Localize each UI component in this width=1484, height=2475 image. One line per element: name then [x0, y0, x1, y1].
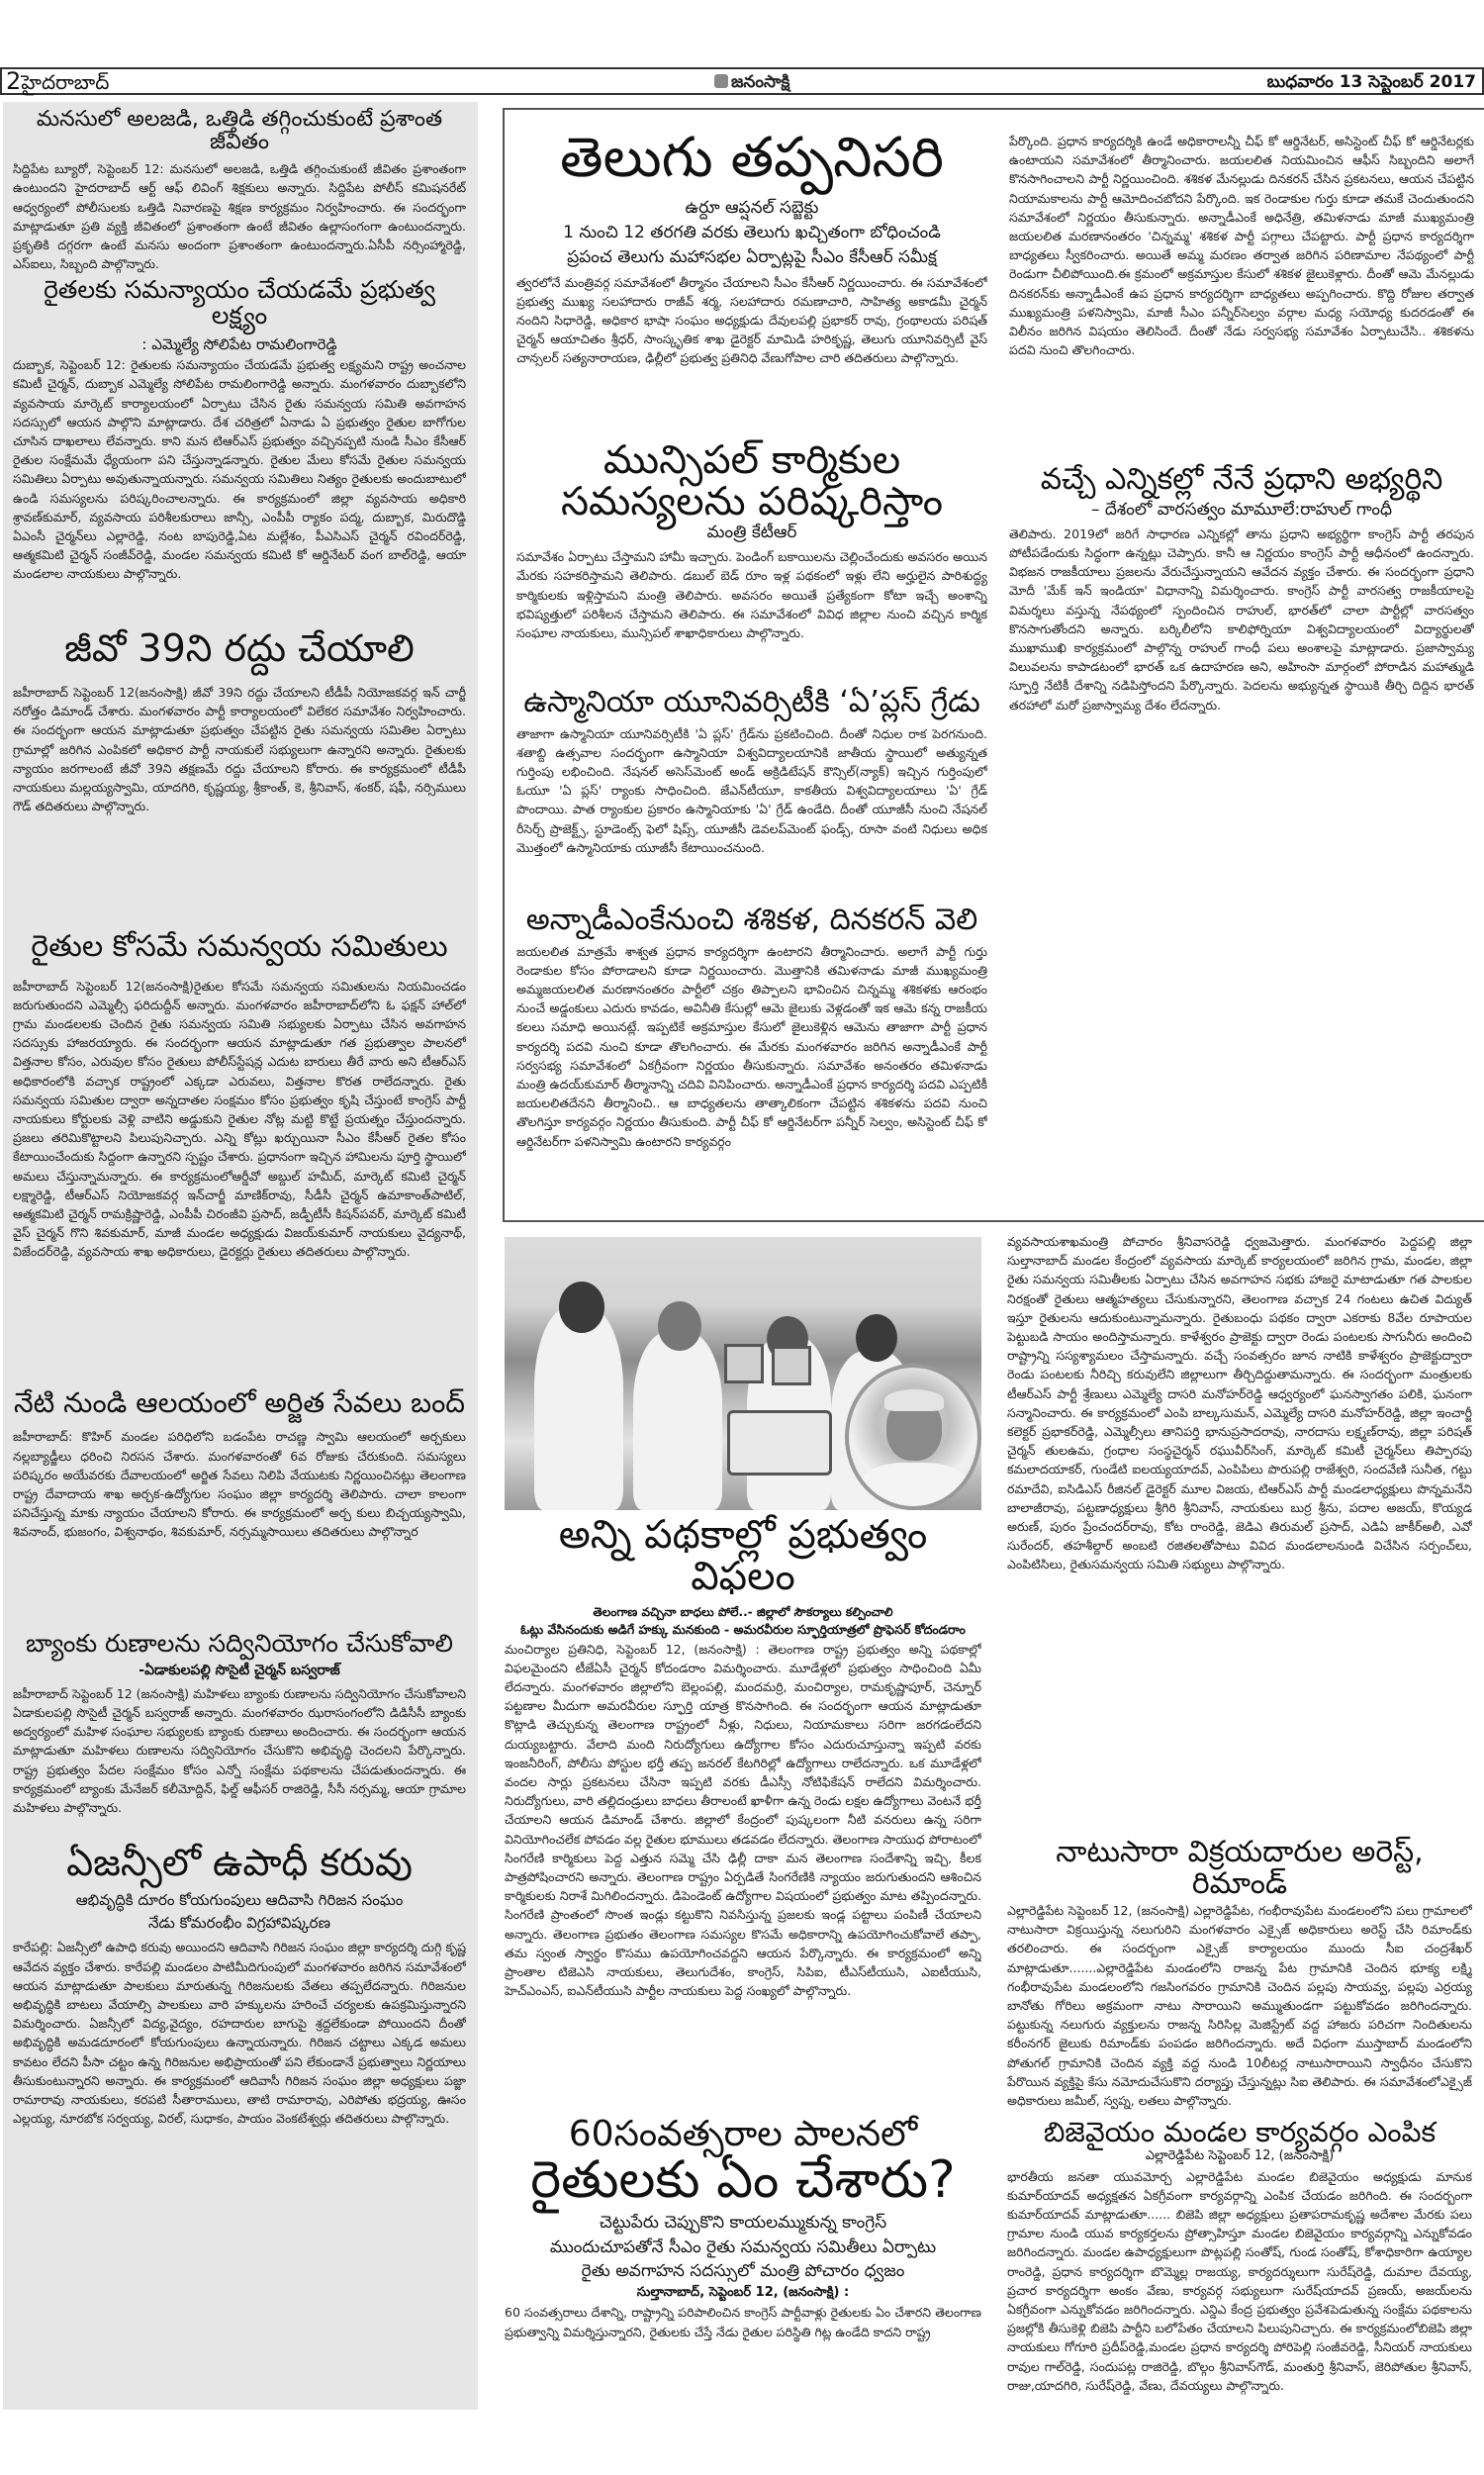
article-headline: జీవో 39ని రద్దు చేయాలి — [13, 629, 466, 669]
photo-figure — [633, 1331, 722, 1510]
photo-figure-head — [559, 1282, 604, 1333]
issue-date: బుధవారం 13 సెప్టెంబర్ 2017 — [1267, 71, 1476, 93]
newspaper-masthead: జనంసాక్షి — [714, 71, 789, 93]
left-column: మనసులో అలజడి, ఒత్తిడి తగ్గించుకుంటే ప్రశ… — [3, 102, 478, 2410]
page-edition-label: 2హైదరాబాద్ — [6, 69, 109, 94]
article-bank-loans: బ్యాంకు రుణాలను సద్వినియోగం చేసుకోవాలి -… — [13, 1631, 466, 1818]
article-body: సిద్దిపేట బ్యూరో, సెప్టెంబర్ 12: మనసులో … — [13, 159, 466, 294]
story-headline-line1: మున్సిపల్ కార్మికుల — [516, 439, 987, 481]
story-body: తాజాగా ఉస్మానియా యూనివర్సిటీకి 'ఏ ప్లస్'… — [516, 724, 987, 897]
article-body: జహీరాబాద్: కొహిర్ మండల పరిధిలోని బడంపేట … — [13, 1427, 466, 1617]
article-subhead: -ఏడాకులపల్లి సొసైటీ చైర్మన్ బస్వరాజ్ — [13, 1663, 466, 1680]
top-news-box: తెలుగు తప్పనిసరి ఉర్దూ ఆప్షనల్ సబ్జెక్టు… — [503, 108, 1484, 1222]
article-calm-life: మనసులో అలజడి, ఒత్తిడి తగ్గించుకుంటే ప్రశ… — [13, 108, 466, 294]
story-subhead-3: రైతు అవగాహన సదస్సులో మంత్రి పోచారం ధ్వజం — [505, 2261, 981, 2282]
story-body: భారతీయ జనతా యువమోర్చ ఎల్లారెడ్డిపేట మండల… — [1007, 2167, 1472, 2415]
story-headline: బిజెవైయం మండల కార్యవర్గం ఎంపిక — [1007, 2118, 1472, 2146]
article-body: కారేపల్లి: ఏజన్సీలో ఉపాధి కరువు అయిందని … — [13, 1938, 466, 2405]
story-aiadmk-continued: పేర్కొంది. ప్రధాన కార్యదర్శికి ఉండే అధిక… — [1009, 132, 1474, 419]
story-osmania-grade: ఉస్మానియా యూనివర్సిటీకి ‘ఏ’ప్లస్ గ్రేడు … — [516, 687, 987, 897]
story-headline: నాటుసారా విక్రయదారుల అరెస్ట్, రిమాండ్ — [1007, 1837, 1472, 1899]
inset-portrait — [845, 1364, 981, 1510]
lead-body: త్వరలోనే మంత్రివర్గ సమావేశంలో తీర్మానం చ… — [516, 273, 987, 388]
story-body: సమావేశం ఏర్పాటు చేస్తామని హామీ ఇచ్చారు. … — [516, 547, 987, 644]
portrait-shirt — [859, 1463, 970, 1510]
story-continuation-body: పేర్కొంది. ప్రధాన కార్యదర్శికి ఉండే అధిక… — [1009, 132, 1474, 419]
article-headline: మనసులో అలజడి, ఒత్తిడి తగ్గించుకుంటే ప్రశ… — [13, 108, 466, 153]
story-subhead: – దేశంలో వారసత్వం మామూలే:రాహుల్ గాంధీ — [1009, 500, 1474, 521]
article-headline: ఏజన్సీలో ఉపాధీ కరువు — [13, 1844, 466, 1883]
story-dateline: ఎల్లారెడ్డిపేట సెప్టెంబర్ 12, (జనంసాక్షి… — [1007, 2148, 1472, 2164]
news-photo-kodandaram-rally — [505, 1237, 981, 1510]
lead-subhead-3: ప్రపంచ తెలుగు మహాసభల ఏర్పాట్లపై సీఎం కేస… — [516, 247, 987, 268]
photo-figure — [534, 1306, 623, 1510]
article-agency-employment: ఏజన్సీలో ఉపాధీ కరువు ఆభివృద్ధికి దూరం కో… — [13, 1844, 466, 2405]
story-subhead-1: చెట్టుపేరు చెప్పుకొని కాయలమ్ముకున్న కాంగ… — [505, 2213, 981, 2234]
story-farmers-60-years: 60సంవత్సరాల పాలనలో రైతులకు ఏం చేశారు? చె… — [505, 2116, 981, 2342]
story-subhead-2: ఓట్లు వేసినందుకు అడిగే హక్కు మనకుంది - అ… — [505, 1622, 981, 1638]
article-go39: జీవో 39ని రద్దు చేయాలి జహీరాబాద్ సెప్టెం… — [13, 629, 466, 912]
story-natusara-arrest: నాటుసారా విక్రయదారుల అరెస్ట్, రిమాండ్ ఎల… — [1007, 1837, 1472, 2111]
story-headline: వచ్చే ఎన్నికల్లో నేనే ప్రధాని అభ్యర్థిని — [1009, 464, 1474, 496]
story-body: మంచిర్యాల ప్రతినిధి, సెప్టెంబర్ 12, (జనం… — [505, 1640, 981, 2115]
story-headline-line1: 60సంవత్సరాల పాలనలో — [505, 2116, 981, 2153]
story-body: 60 సంవత్సరాలు దేశాన్ని, రాష్ట్రాన్ని పరి… — [505, 2303, 981, 2342]
article-farmers-justice: రైతలకు సమన్యాయం చేయడమే ప్రభుత్వ లక్ష్యం … — [13, 277, 466, 603]
newspaper-name: జనంసాక్షి — [731, 72, 789, 92]
article-headline: రైతుల కోసమే సమన్వయ సమితులు — [13, 931, 466, 963]
story-subhead: మంత్రి కేటీఆర్ — [516, 523, 987, 543]
edition-name: హైదరాబాద్ — [21, 70, 109, 94]
page-header: 2హైదరాబాద్ జనంసాక్షి బుధవారం 13 సెప్టెంబ… — [0, 67, 1484, 95]
story-subhead-1: తెలంగాణ వచ్చినా బాధలు పోలే..- జిల్లాలో స… — [505, 1605, 981, 1620]
article-body: జహీరాబాద్ సెప్టెంబర్ 12 (జనంసాక్షి) మహిళ… — [13, 1684, 466, 1818]
story-headline: అన్నాడీఎంకేనుంచి శశికళ, దినకరన్ వెలి — [516, 904, 987, 936]
loudspeaker-icon — [727, 1410, 832, 1475]
portrait-hair — [884, 1389, 944, 1411]
story-farmers-continued: వ్యవసాయశాఖమంత్రి పోచారం శ్రీనివాసరెడ్డి … — [1007, 1232, 1472, 1821]
story-dateline: సుల్తానాబాద్, సెప్టెంబర్ 12, (జనంసాక్షి)… — [505, 2285, 981, 2301]
story-continuation-body: వ్యవసాయశాఖమంత్రి పోచారం శ్రీనివాసరెడ్డి … — [1007, 1232, 1472, 1821]
lead-subhead-2: 1 నుంచి 12 తరగతి వరకు తెలుగు ఖచ్చితంగా బ… — [516, 223, 987, 243]
story-body: జయలలిత మాత్రమే శాశ్వత ప్రధాన కార్యదర్శిగ… — [516, 942, 987, 1172]
lamp-icon — [724, 1344, 764, 1383]
story-body: ఎల్లారెడ్డిపేట సెప్టెంబర్ 12, (జనంసాక్షి… — [1007, 1901, 1472, 2111]
telangana-map-icon — [714, 74, 728, 88]
article-subhead-2: నేడు కోమరంభీం విగ్రహావిష్కరణ — [13, 1914, 466, 1933]
lead-headline: తెలుగు తప్పనిసరి — [516, 130, 987, 188]
story-headline-line2: రైతులకు ఏం చేశారు? — [505, 2153, 981, 2208]
story-headline-line2: సమస్యలను పరిష్కరిస్తాం — [516, 481, 987, 523]
photo-figure-head — [856, 1314, 897, 1362]
article-body: జహీరాబాద్ సెప్టెంబర్ 12(జనంసాక్షి)రైతుల … — [13, 977, 466, 1339]
article-subhead: : ఎమ్మెల్యే సోలిపేట రామలింగారెడ్డి — [13, 335, 466, 354]
article-headline: రైతలకు సమన్యాయం చేయడమే ప్రభుత్వ లక్ష్యం — [13, 277, 466, 330]
photo-figure-head — [658, 1301, 701, 1351]
story-headline: అన్ని పథకాల్లో ప్రభుత్వం విఫలం — [505, 1514, 981, 1597]
page-number: 2 — [6, 67, 21, 95]
article-temple-services: నేటి నుండి ఆలయంలో అర్జిత సేవలు బంద్ జహీర… — [13, 1388, 466, 1617]
story-bjym-committee: బిజెవైయం మండల కార్యవర్గం ఎంపిక ఎల్లారెడ్… — [1007, 2118, 1472, 2415]
article-subhead-1: ఆభివృద్ధికి దూరం కోయగుంపులు ఆదివాసి గిరి… — [13, 1891, 466, 1910]
story-headline: ఉస్మానియా యూనివర్సిటీకి ‘ఏ’ప్లస్ గ్రేడు — [516, 687, 987, 718]
lead-story-telugu-mandatory: తెలుగు తప్పనిసరి ఉర్దూ ఆప్షనల్ సబ్జెక్టు… — [516, 130, 987, 388]
story-subhead-2: ముందుచూపతోనే సీఎం రైతు సమన్వయ సమితీలు ఏర… — [505, 2237, 981, 2258]
article-headline: నేటి నుండి ఆలయంలో అర్జిత సేవలు బంద్ — [13, 1388, 466, 1417]
article-coordination-committees: రైతుల కోసమే సమన్వయ సమితులు జహీరాబాద్ సెప… — [13, 931, 466, 1339]
story-municipal-workers: మున్సిపల్ కార్మికుల సమస్యలను పరిష్కరిస్త… — [516, 439, 987, 644]
story-aiadmk-sasikala: అన్నాడీఎంకేనుంచి శశికళ, దినకరన్ వెలి జయల… — [516, 904, 987, 1172]
article-body: జహీరాబాద్ సెప్టెంబర్ 12(జనంసాక్షి) జీవో … — [13, 683, 466, 912]
story-body: తెలిపారు. 2019లో జరిగే సాధారణ ఎన్నికల్లో… — [1009, 524, 1474, 1148]
lead-subhead-1: ఉర్దూ ఆప్షనల్ సబ్జెక్టు — [516, 198, 987, 219]
story-rahul-gandhi: వచ్చే ఎన్నికల్లో నేనే ప్రధాని అభ్యర్థిని… — [1009, 464, 1474, 1148]
lamp-icon — [772, 1346, 811, 1385]
story-govt-failure: అన్ని పథకాల్లో ప్రభుత్వం విఫలం తెలంగాణ వ… — [505, 1514, 981, 2115]
article-headline: బ్యాంకు రుణాలను సద్వినియోగం చేసుకోవాలి — [13, 1631, 466, 1657]
article-body: దుబ్బాక, సెప్టెంబర్ 12: రైతులకు సమన్యాయం… — [13, 355, 466, 603]
